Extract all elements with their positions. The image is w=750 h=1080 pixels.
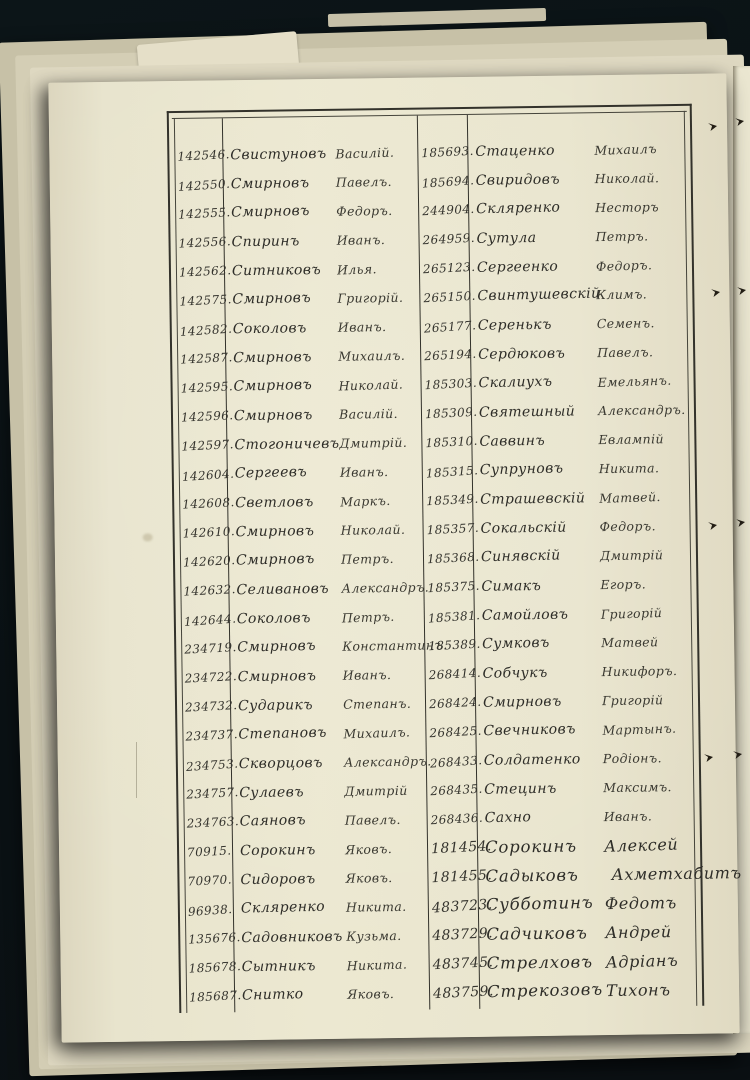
surname-right: Свечниковъ <box>475 720 602 739</box>
surname-left: Снитко <box>234 985 347 1004</box>
name-cell-left: Смирновъ Николай. <box>228 521 423 540</box>
surname-left: Степановъ <box>230 724 343 743</box>
given-name-left: Николай. <box>338 375 420 394</box>
name-cell-right: Стецинъ Максимъ. <box>476 778 695 797</box>
record-number-left: 234719. <box>180 640 230 656</box>
name-cell-right: Свинтушевскій Климъ. <box>469 285 688 304</box>
record-number-left: 142582. <box>175 322 225 339</box>
record-number-right: 185389. <box>424 637 475 653</box>
given-name-left: Павелъ. <box>345 811 427 828</box>
given-name-right: Родіонъ. <box>603 749 695 766</box>
surname-right: Садчиковъ <box>478 923 605 944</box>
record-number-left: 142595. <box>176 379 226 395</box>
name-cell-right: Свечниковъ Мартынъ. <box>475 720 694 739</box>
record-number-right: 265150. <box>419 289 470 305</box>
surname-right: Субботинъ <box>478 893 605 915</box>
given-name-left: Иванъ. <box>343 666 425 683</box>
name-cell-left: Смирновъ Николай. <box>225 376 420 395</box>
archive-scan: 142546. Свистуновъ Василій. 185693. Стац… <box>0 0 750 1080</box>
surname-left: Ситниковъ <box>224 261 337 279</box>
record-number-right: 264959. <box>418 231 469 247</box>
surname-right: Саввинъ <box>471 432 598 450</box>
given-name-right: Федоръ. <box>596 256 688 275</box>
surname-left: Смирновъ <box>230 667 343 685</box>
name-cell-right: Стрекозовъ Тихонъ <box>479 980 698 1002</box>
given-name-right: Петръ. <box>595 227 687 244</box>
record-number-right: 185303. <box>420 376 471 392</box>
record-number-left: 142597. <box>177 437 227 453</box>
record-number-right: 268425. <box>425 724 476 740</box>
surname-right: Серенькъ <box>470 316 597 334</box>
record-number-left: 142546. <box>173 147 223 163</box>
given-name-right: Никифоръ. <box>602 662 694 679</box>
given-name-left: Дмитрій <box>344 782 426 799</box>
record-number-left: 142632. <box>179 582 229 598</box>
name-cell-right: Собчукъ Никифоръ. <box>475 662 694 681</box>
given-name-left: Михаилъ. <box>343 723 425 742</box>
given-name-left: Александръ. <box>341 579 423 596</box>
name-cell-right: Сорокинъ Алексей <box>477 835 696 857</box>
given-name-left: Иванъ. <box>337 231 419 248</box>
name-cell-left: Смирновъ Григорій. <box>224 289 419 308</box>
name-cell-right: Скляренко Несторъ <box>468 198 687 217</box>
name-cell-left: Ситниковъ Илья. <box>224 260 419 279</box>
given-name-left: Яковъ. <box>345 839 427 858</box>
given-name-right: Григорій <box>601 604 693 623</box>
paper-stain <box>143 533 153 541</box>
given-name-right: Матвей <box>601 633 693 650</box>
surname-right: Скляренко <box>468 198 595 217</box>
given-name-left: Иванъ. <box>338 318 420 335</box>
record-number-left: 185687. <box>185 988 235 1004</box>
name-cell-right: Садчиковъ Андрей <box>478 922 697 944</box>
name-cell-right: Страшевскій Матвей. <box>472 488 691 507</box>
surname-right: Самойловъ <box>474 606 601 624</box>
name-cell-left: Свистуновъ Василій. <box>222 144 417 163</box>
name-cell-left: Сытникъ Никита. <box>234 956 429 975</box>
record-number-right: 268433. <box>425 753 476 770</box>
record-number-left: 142575. <box>175 292 225 308</box>
name-cell-right: Сахно Иванъ. <box>477 807 696 826</box>
surname-left: Смирновъ <box>225 348 338 366</box>
name-cell-left: Смирновъ Константинъ. <box>229 637 424 656</box>
surname-left: Смирновъ <box>228 550 341 569</box>
record-number-right: 244904. <box>418 202 469 218</box>
surname-left: Соколовъ <box>229 609 342 627</box>
given-name-left: Степанъ. <box>343 695 425 712</box>
name-cell-left: Смирновъ Павелъ. <box>223 173 418 192</box>
given-name-right: Тихонъ <box>606 980 698 1000</box>
name-cell-left: Соколовъ Иванъ. <box>225 318 420 337</box>
surname-right: Сумковъ <box>474 633 601 652</box>
record-number-left: 142556. <box>174 234 224 250</box>
surname-left: Сулаевъ <box>231 783 344 801</box>
ledger-row: 185687. Снитко Яковъ. 483759. Стрекозовъ… <box>185 975 698 1011</box>
surname-right: Супруновъ <box>472 459 599 478</box>
name-cell-left: Стогоничевъ Дмитрій. <box>226 434 421 453</box>
name-cell-right: Стаценко Михаилъ <box>467 140 686 159</box>
ledger-table: 142546. Свистуновъ Василій. 185693. Стац… <box>167 104 705 1013</box>
given-name-right: Евлампій <box>598 430 690 447</box>
given-name-left: Никита. <box>346 898 428 915</box>
record-number-left: 234722. <box>180 669 230 685</box>
name-cell-left: Сударикъ Степанъ. <box>230 695 425 714</box>
surname-right: Стаценко <box>467 142 594 160</box>
record-number-right: 181454. <box>427 839 478 857</box>
name-cell-left: Смирновъ Федоръ. <box>223 202 418 221</box>
surname-right: Сахно <box>476 807 603 826</box>
given-name-right: Егоръ. <box>600 575 692 592</box>
surname-left: Стогоничевъ <box>226 435 339 453</box>
given-name-left: Александръ. <box>344 753 426 770</box>
name-cell-right: Синявскій Дмитрій <box>473 546 692 565</box>
given-name-right: Семенъ. <box>597 314 689 331</box>
name-cell-right: Свиридовъ Николай. <box>468 169 687 188</box>
given-name-left: Федоръ. <box>336 202 418 219</box>
name-cell-right: Серенькъ Семенъ. <box>470 314 689 333</box>
given-name-right: Григорій <box>602 691 694 708</box>
surname-left: Сытникъ <box>234 957 347 975</box>
ledger-rows: 142546. Свистуновъ Василій. 185693. Стац… <box>173 134 698 1011</box>
surname-right: Страшевскій <box>472 490 599 508</box>
record-number-right: 268424. <box>425 695 476 711</box>
record-number-right: 483745. <box>428 954 479 972</box>
surname-right: Сергеенко <box>469 258 596 276</box>
record-number-left: 234763. <box>182 814 232 830</box>
record-number-right: 185694. <box>417 173 468 190</box>
record-number-left: 234753. <box>182 757 232 774</box>
record-number-left: 234737. <box>181 727 231 743</box>
record-number-left: 142562. <box>175 263 225 279</box>
given-name-left: Яковъ. <box>345 869 427 886</box>
given-name-right: Николай. <box>595 169 687 186</box>
name-cell-left: Смирновъ Михаилъ. <box>225 347 420 366</box>
given-name-right: Ахметхабитъ <box>611 864 708 884</box>
record-number-right: 268435. <box>426 782 477 798</box>
given-name-right: Алексей <box>604 834 697 856</box>
name-cell-right: Смирновъ Григорій <box>475 691 694 710</box>
given-name-right: Мартынъ. <box>602 720 694 739</box>
surname-right: Сокальскій <box>472 519 599 537</box>
surname-right: Сорокинъ <box>477 836 604 857</box>
given-name-right: Федотъ <box>605 893 697 913</box>
given-name-left: Василій. <box>335 143 417 162</box>
ledger-page: 142546. Свистуновъ Василій. 185693. Стац… <box>48 73 739 1042</box>
given-name-left: Петръ. <box>341 550 423 567</box>
name-cell-right: Сумковъ Матвей <box>474 633 693 652</box>
record-number-left: 70970. <box>183 872 233 888</box>
name-cell-right: Супруновъ Никита. <box>472 459 691 478</box>
surname-left: Скляренко <box>233 898 346 917</box>
given-name-left: Константинъ. <box>342 637 424 654</box>
record-number-right: 185368. <box>423 550 474 566</box>
surname-right: Симакъ <box>473 577 600 595</box>
crease-mark <box>136 742 137 798</box>
surname-right: Святешный <box>471 403 598 421</box>
given-name-right: Адріанъ <box>605 950 698 972</box>
name-cell-right: Субботинъ Федотъ <box>478 893 697 915</box>
record-number-right: 185349. <box>422 492 473 508</box>
record-number-left: 234732. <box>181 698 231 714</box>
table-border-top-inner <box>172 111 687 119</box>
name-cell-right: Самойловъ Григорій <box>474 604 693 623</box>
record-number-right: 185381. <box>423 608 474 625</box>
name-cell-right: Симакъ Егоръ. <box>473 575 692 594</box>
given-name-left: Михаилъ. <box>338 347 420 364</box>
name-cell-right: Святешный Александръ. <box>471 401 690 420</box>
record-number-right: 265177. <box>419 318 470 335</box>
name-cell-right: Стрелховъ Адріанъ <box>479 951 698 973</box>
record-number-right: 268414. <box>424 666 475 682</box>
record-number-left: 142550. <box>173 177 223 194</box>
surname-left: Сергеевъ <box>227 463 340 482</box>
surname-left: Сударикъ <box>230 696 343 714</box>
name-cell-left: Сергеевъ Иванъ. <box>227 463 422 482</box>
surname-left: Скворцовъ <box>231 754 344 772</box>
name-cell-right: Солдатенко Родіонъ. <box>476 749 695 768</box>
given-name-left: Дмитрій. <box>339 434 421 451</box>
surname-right: Сердюковъ <box>470 345 597 363</box>
record-number-left: 142608. <box>178 495 228 511</box>
record-number-left: 234757. <box>182 785 232 801</box>
name-cell-right: Сергеенко Федоръ. <box>469 256 688 275</box>
name-cell-left: Сулаевъ Дмитрій <box>231 782 426 801</box>
surname-left: Сидоровъ <box>232 870 345 888</box>
record-number-left: 96938. <box>184 902 234 919</box>
surname-left: Соколовъ <box>225 319 338 337</box>
name-cell-left: Селивановъ Александръ. <box>228 579 423 598</box>
surname-left: Садовниковъ <box>233 928 346 946</box>
given-name-right: Александръ. <box>598 401 690 418</box>
record-number-right: 268436. <box>426 811 477 827</box>
name-cell-left: Смирновъ Иванъ. <box>230 666 425 685</box>
record-number-right: 483729. <box>428 925 479 943</box>
given-name-left: Яковъ. <box>347 985 429 1002</box>
surname-right: Свинтушевскій <box>469 285 596 304</box>
record-number-right: 483759. <box>429 983 480 1001</box>
name-cell-left: Саяновъ Павелъ. <box>232 811 427 830</box>
surname-left: Селивановъ <box>228 580 341 598</box>
surname-right: Стецинъ <box>476 780 603 798</box>
name-cell-right: Скалиухъ Емельянъ. <box>470 372 689 391</box>
surname-right: Свиридовъ <box>468 171 595 189</box>
given-name-left: Илья. <box>337 259 419 278</box>
record-number-left: 135676. <box>184 930 234 946</box>
record-number-left: 142610. <box>178 524 228 540</box>
surname-left: Сорокинъ <box>232 841 345 859</box>
record-number-left: 142596. <box>177 408 227 424</box>
record-number-right: 185315. <box>421 463 472 480</box>
surname-left: Смирновъ <box>226 406 339 424</box>
given-name-left: Павелъ. <box>336 173 418 190</box>
record-number-right: 483723. <box>427 897 478 916</box>
surname-right: Сутула <box>468 229 595 247</box>
given-name-right: Несторъ <box>595 198 687 215</box>
given-name-right: Матвей. <box>599 488 691 507</box>
record-number-right: 185375. <box>423 579 474 595</box>
record-number-right: 181455. <box>427 868 478 886</box>
record-number-right: 185693. <box>417 144 468 160</box>
name-cell-left: Спиринъ Иванъ. <box>223 231 418 250</box>
given-name-left: Петръ. <box>342 607 424 626</box>
surname-left: Саяновъ <box>231 811 344 830</box>
surname-right: Садыковъ <box>477 865 611 886</box>
given-name-right: Федоръ. <box>599 517 691 534</box>
surname-left: Смирновъ <box>229 637 342 656</box>
name-cell-right: Сутула Петръ. <box>468 227 687 246</box>
given-name-right: Никита. <box>599 459 691 476</box>
given-name-left: Василій. <box>339 405 421 422</box>
surname-right: Стрелховъ <box>479 952 606 973</box>
record-number-left: 142604. <box>177 467 227 484</box>
record-number-right: 265123. <box>419 260 470 276</box>
given-name-left: Кузьма. <box>346 927 428 944</box>
surname-left: Смирновъ <box>225 376 338 395</box>
surname-left: Смирновъ <box>223 174 336 192</box>
surname-right: Синявскій <box>473 546 600 565</box>
surname-right: Стрекозовъ <box>479 980 606 1002</box>
given-name-right: Павелъ. <box>597 343 689 360</box>
name-cell-left: Светловъ Маркъ. <box>227 492 422 511</box>
given-name-left: Никита. <box>347 955 429 974</box>
surname-left: Смирновъ <box>228 522 341 540</box>
name-cell-left: Сорокинъ Яковъ. <box>232 840 427 859</box>
record-number-right: 185310. <box>421 434 472 450</box>
name-cell-left: Скляренко Никита. <box>233 898 428 917</box>
given-name-right: Климъ. <box>596 285 688 302</box>
given-name-left: Маркъ. <box>340 491 422 510</box>
name-cell-left: Степановъ Михаилъ. <box>230 724 425 743</box>
name-cell-left: Садовниковъ Кузьма. <box>233 927 428 946</box>
record-number-left: 70915. <box>183 843 233 859</box>
record-number-right: 185357. <box>422 521 473 537</box>
given-name-right: Дмитрій <box>600 546 692 563</box>
surname-right: Солдатенко <box>476 751 603 769</box>
given-name-left: Григорій. <box>337 289 419 306</box>
surname-left: Светловъ <box>227 493 340 511</box>
given-name-right: Андрей <box>605 922 697 942</box>
name-cell-left: Смирновъ Петръ. <box>228 550 423 569</box>
record-number-right: 185309. <box>421 405 472 421</box>
name-cell-right: Садыковъ Ахметхабитъ <box>477 864 709 886</box>
given-name-right: Максимъ. <box>603 778 695 795</box>
given-name-left: Иванъ. <box>340 463 422 480</box>
surname-left: Смирновъ <box>223 202 336 221</box>
name-cell-left: Смирновъ Василій. <box>226 405 421 424</box>
page-stack-sliver <box>328 8 546 27</box>
name-cell-left: Скворцовъ Александръ. <box>231 753 426 772</box>
name-cell-right: Сокальскій Федоръ. <box>472 517 691 536</box>
given-name-right: Иванъ. <box>604 807 696 824</box>
name-cell-right: Сердюковъ Павелъ. <box>470 343 689 362</box>
surname-left: Спиринъ <box>223 232 336 250</box>
surname-right: Скалиухъ <box>470 372 597 391</box>
name-cell-right: Саввинъ Евлампій <box>471 430 690 449</box>
record-number-left: 142555. <box>174 205 224 221</box>
name-cell-left: Соколовъ Петръ. <box>229 608 424 627</box>
name-cell-left: Сидоровъ Яковъ. <box>232 869 427 888</box>
surname-left: Свистуновъ <box>222 145 335 163</box>
given-name-left: Николай. <box>341 521 423 538</box>
surname-right: Собчукъ <box>475 664 602 682</box>
record-number-right: 265194. <box>420 347 471 363</box>
surname-right: Смирновъ <box>475 693 602 711</box>
given-name-right: Михаилъ <box>594 140 686 159</box>
given-name-right: Емельянъ. <box>597 372 689 391</box>
surname-left: Смирновъ <box>224 289 337 308</box>
record-number-left: 142620. <box>179 553 229 569</box>
name-cell-left: Снитко Яковъ. <box>234 985 429 1004</box>
record-number-left: 185678. <box>184 959 234 975</box>
record-number-left: 142644. <box>179 612 229 629</box>
record-number-left: 142587. <box>176 350 226 366</box>
